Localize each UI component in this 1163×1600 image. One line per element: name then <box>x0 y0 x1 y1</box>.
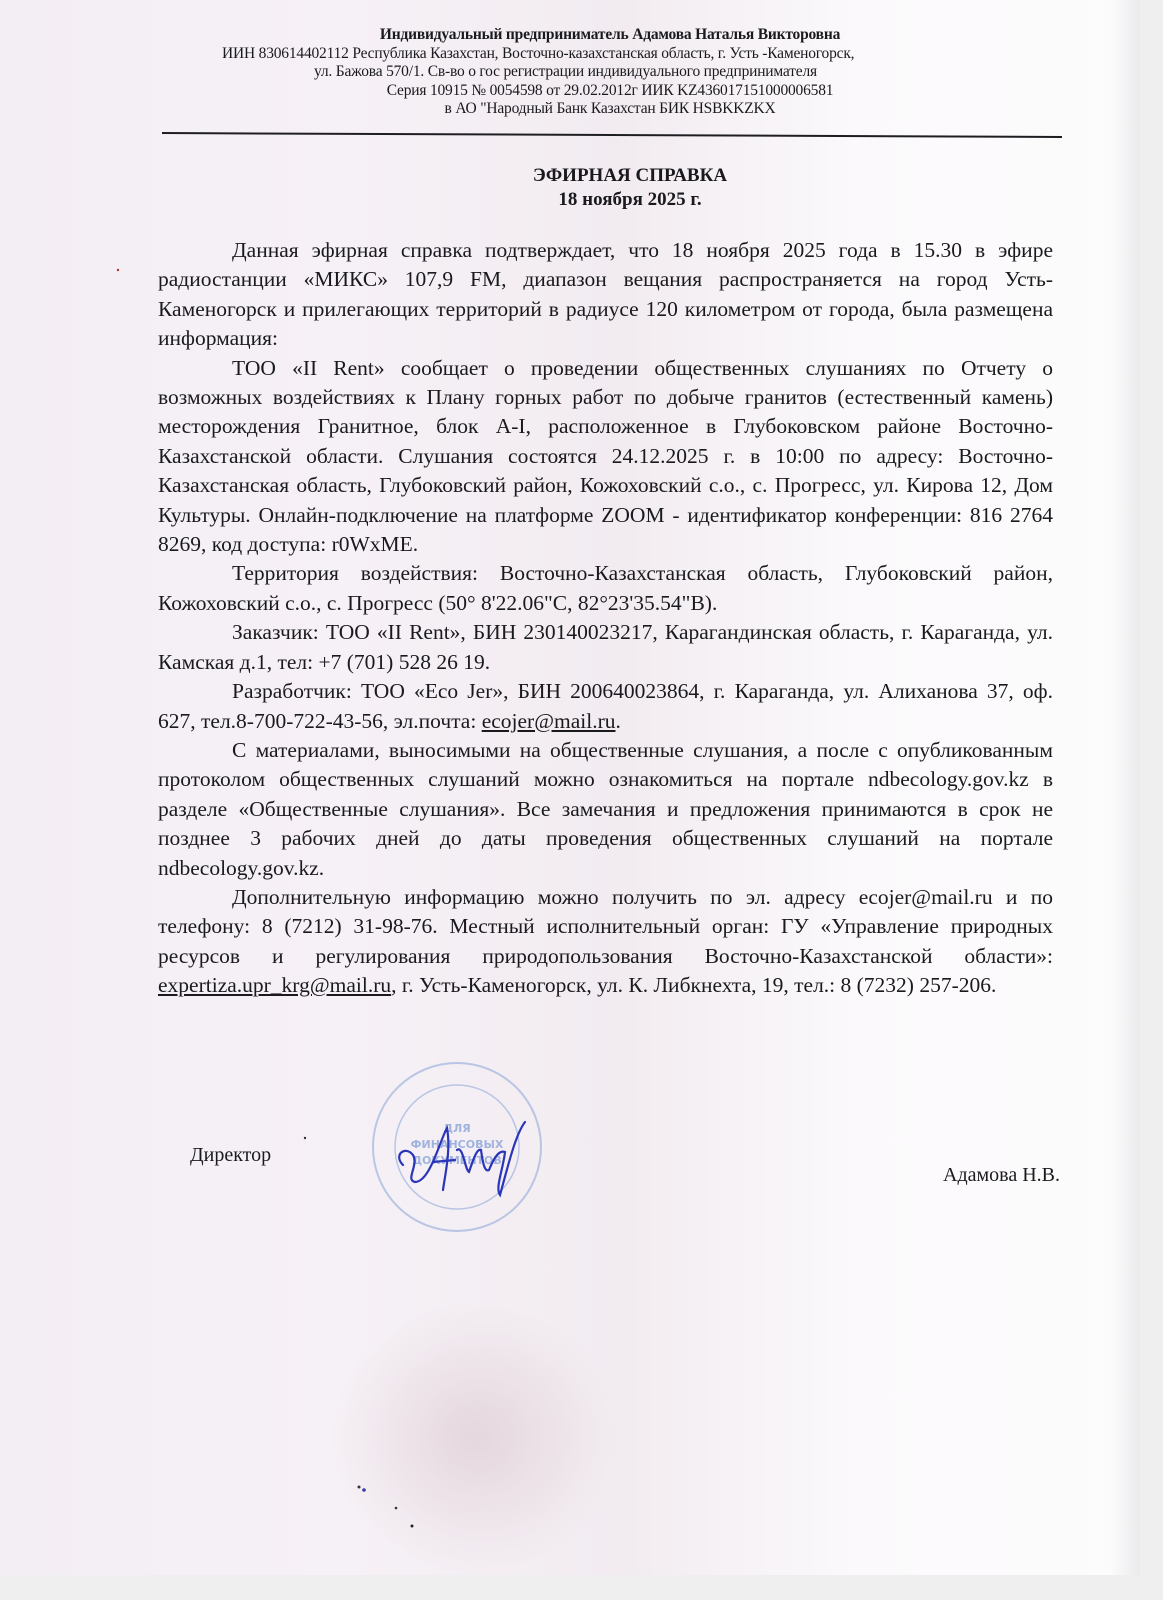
letterhead-series-iik: Серия 10915 № 0054598 от 29.02.2012г ИИК… <box>160 82 1060 101</box>
authority-email-link[interactable]: expertiza.upr_krg@mail.ru <box>158 973 391 997</box>
paragraph-impact-territory: Территория воздействия: Восточно-Казахст… <box>158 559 1053 618</box>
page-shadow <box>330 1300 620 1575</box>
developer-text-end: . <box>616 709 621 733</box>
letterhead-iin-address: ИИН 830614402112 Республика Казахстан, В… <box>160 45 1060 64</box>
paragraph-customer: Заказчик: ТОО «II Rent», БИН 23014002321… <box>158 618 1053 677</box>
letterhead-divider <box>162 132 1062 138</box>
document-body: Данная эфирная справка подтверждает, что… <box>158 236 1053 1001</box>
paragraph-additional-info: Дополнительную информацию можно получить… <box>158 883 1053 1001</box>
additional-info-text: Дополнительную информацию можно получить… <box>158 885 1053 968</box>
scanned-page: Индивидуальный предприниматель Адамова Н… <box>0 0 1140 1575</box>
document-date: 18 ноября 2025 г. <box>350 188 910 212</box>
paragraph-materials: С материалами, выносимыми на общественны… <box>158 736 1053 883</box>
paragraph-broadcast-confirmation: Данная эфирная справка подтверждает, что… <box>158 236 1053 354</box>
signatory-name: Адамова Н.В. <box>943 1164 1060 1187</box>
additional-info-end: , г. Усть-Каменогорск, ул. К. Либкнехта,… <box>391 973 996 997</box>
paragraph-hearing-announcement: ТОО «II Rent» сообщает о проведении обще… <box>158 354 1053 560</box>
letterhead: Индивидуальный предприниматель Адамова Н… <box>160 26 1060 119</box>
letterhead-bank: в АО "Народный Банк Казахстан БИК HSBKKZ… <box>160 100 1060 119</box>
letterhead-owner: Индивидуальный предприниматель Адамова Н… <box>160 26 1060 45</box>
document-title-block: ЭФИРНАЯ СПРАВКА 18 ноября 2025 г. <box>350 164 910 212</box>
letterhead-registration: ул. Бажова 570/1. Св-во о гос регистраци… <box>160 63 1060 82</box>
signatory-position: Директор <box>190 1144 271 1167</box>
page-edge <box>1110 0 1140 1575</box>
signature-block: Директор Адамова Н.В. <box>190 1140 1060 1260</box>
document-title: ЭФИРНАЯ СПРАВКА <box>350 164 910 188</box>
paragraph-developer: Разработчик: ТОО «Eco Jer», БИН 20064002… <box>158 677 1053 736</box>
developer-email-link[interactable]: ecojer@mail.ru <box>482 709 616 733</box>
